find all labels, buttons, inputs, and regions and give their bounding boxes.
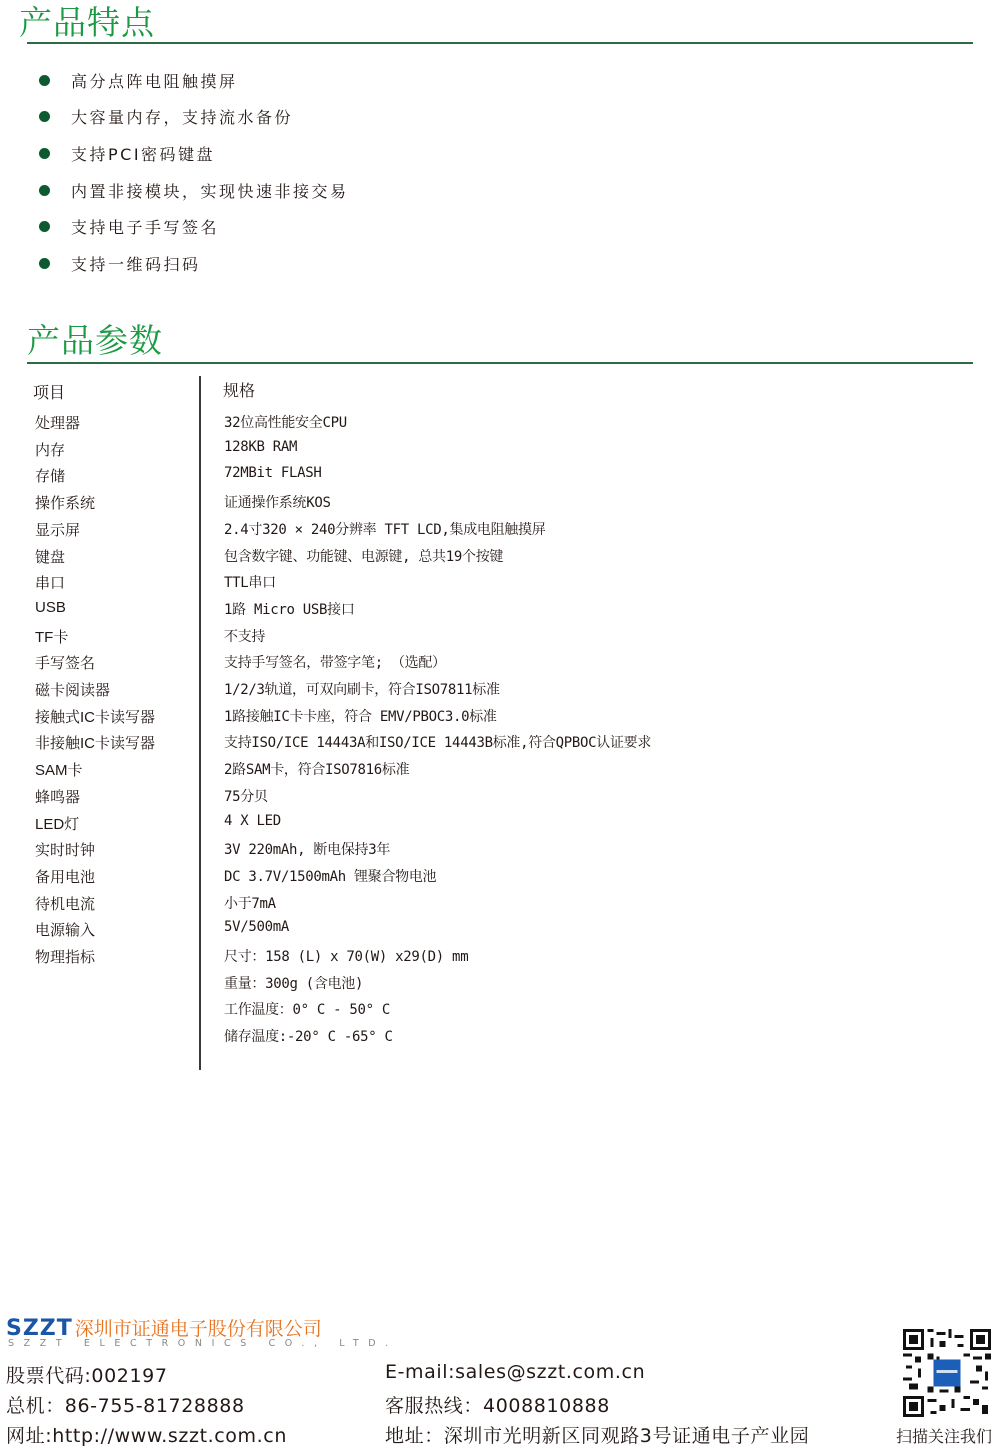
spec-item-value: 5V/500mA xyxy=(224,919,289,935)
bullet-icon xyxy=(39,75,50,86)
spec-item-value: 1路接触IC卡卡座，符合 EMV/PBOC3.0标准 xyxy=(224,706,497,726)
spec-item-value: 3V 220mAh, 断电保持3年 xyxy=(224,839,390,859)
bullet-icon xyxy=(39,221,50,232)
spec-column-divider xyxy=(199,376,201,1070)
company-logo: SZZT深圳市证通电子股份有限公司 xyxy=(6,1314,322,1341)
spec-item-value: 工作温度：0° C - 50° C xyxy=(224,999,390,1019)
spec-item-value: 128KB RAM xyxy=(224,439,297,455)
spec-item-value: 1路 Micro USB接口 xyxy=(224,599,355,619)
spec-item-label: 显示屏 xyxy=(35,519,80,540)
spec-item-label: 键盘 xyxy=(35,546,65,567)
spec-item-label: 操作系统 xyxy=(35,492,95,513)
spec-header-item: 项目 xyxy=(33,380,65,403)
spec-item-label: 备用电池 xyxy=(35,866,95,887)
switchboard-phone: 总机：86-755-81728888 xyxy=(6,1391,245,1418)
spec-item-label: 实时时钟 xyxy=(35,839,95,860)
spec-item-label: 手写签名 xyxy=(35,652,95,673)
spec-item-label: 电源输入 xyxy=(35,919,95,940)
spec-item-value: 4 X LED xyxy=(224,813,281,829)
feature-item: 支持PCI密码键盘 xyxy=(38,135,349,172)
feature-text: 支持PCI密码键盘 xyxy=(71,142,215,165)
specs-title-rule xyxy=(27,362,973,364)
spec-item-value: 2路SAM卡，符合ISO7816标准 xyxy=(224,759,409,779)
qr-caption: 扫描关注我们 xyxy=(896,1424,992,1447)
spec-item-label: 存储 xyxy=(35,465,65,486)
feature-text: 高分点阵电阻触摸屏 xyxy=(71,69,238,92)
spec-item-value: 75分贝 xyxy=(224,786,268,806)
spec-item-label: LED灯 xyxy=(35,813,79,834)
spec-item-label: SAM卡 xyxy=(35,759,83,780)
spec-item-label: USB xyxy=(35,599,66,616)
feature-text: 内置非接模块，实现快速非接交易 xyxy=(71,179,349,202)
address: 地址：深圳市光明新区同观路3号证通电子产业园 xyxy=(385,1421,809,1448)
qr-code-icon xyxy=(903,1329,991,1417)
hotline-phone: 客服热线：4008810888 xyxy=(385,1391,610,1418)
feature-item: 支持电子手写签名 xyxy=(38,208,349,245)
website-link[interactable]: 网址:http://www.szzt.com.cn xyxy=(6,1421,287,1448)
feature-text: 支持一维码扫码 xyxy=(71,252,201,275)
feature-text: 大容量内存，支持流水备份 xyxy=(71,105,293,128)
spec-item-label: 蜂鸣器 xyxy=(35,786,80,807)
feature-item: 高分点阵电阻触摸屏 xyxy=(38,62,349,99)
company-name-cn: 深圳市证通电子股份有限公司 xyxy=(75,1318,322,1340)
bullet-icon xyxy=(39,258,50,269)
feature-item: 内置非接模块，实现快速非接交易 xyxy=(38,172,349,209)
spec-item-label: 物理指标 xyxy=(35,946,95,967)
spec-item-value: 支持手写签名，带签字笔; （选配） xyxy=(224,652,446,672)
spec-item-label: 非接触IC卡读写器 xyxy=(35,732,155,753)
feature-item: 大容量内存，支持流水备份 xyxy=(38,99,349,136)
spec-header-spec: 规格 xyxy=(223,378,255,401)
spec-item-value: 证通操作系统KOS xyxy=(224,492,331,512)
bullet-icon xyxy=(39,148,50,159)
spec-item-value: 不支持 xyxy=(224,626,265,646)
features-title-rule xyxy=(27,42,973,44)
spec-item-value: 尺寸：158 (L) x 70(W) x29(D) mm xyxy=(224,946,468,966)
feature-item: 支持一维码扫码 xyxy=(38,245,349,282)
spec-item-value: 包含数字键、功能键、电源键, 总共19个按键 xyxy=(224,546,503,566)
spec-item-value: DC 3.7V/1500mAh 锂聚合物电池 xyxy=(224,866,436,886)
spec-item-value: 1/2/3轨道，可双向刷卡，符合ISO7811标准 xyxy=(224,679,500,699)
spec-item-value: 小于7mA xyxy=(224,893,276,913)
spec-item-value: 储存温度:-20° C -65° C xyxy=(224,1026,393,1046)
spec-item-value: 重量：300g (含电池) xyxy=(224,973,363,993)
spec-item-label: 磁卡阅读器 xyxy=(35,679,110,700)
stock-code: 股票代码:002197 xyxy=(6,1361,168,1388)
spec-item-label: 串口 xyxy=(35,572,65,593)
spec-item-value: TTL串口 xyxy=(224,572,276,592)
bullet-icon xyxy=(39,185,50,196)
spec-item-value: 32位高性能安全CPU xyxy=(224,412,347,432)
email-link[interactable]: E-mail:sales@szzt.com.cn xyxy=(385,1361,645,1383)
spec-item-label: TF卡 xyxy=(35,626,68,647)
bullet-icon xyxy=(39,111,50,122)
spec-item-value: 72MBit FLASH xyxy=(224,465,322,481)
spec-item-value: 支持ISO/ICE 14443A和ISO/ICE 14443B标准,符合QPBO… xyxy=(224,732,651,752)
spec-item-label: 接触式IC卡读写器 xyxy=(35,706,155,727)
features-title: 产品特点 xyxy=(19,6,155,39)
spec-item-value: 2.4寸320 × 240分辨率 TFT LCD,集成电阻触摸屏 xyxy=(224,519,545,539)
spec-item-label: 内存 xyxy=(35,439,65,460)
spec-item-label: 处理器 xyxy=(35,412,80,433)
feature-list: 高分点阵电阻触摸屏 大容量内存，支持流水备份 支持PCI密码键盘 内置非接模块，… xyxy=(38,62,349,282)
specs-title: 产品参数 xyxy=(27,324,163,357)
company-name-en: SZZT ELECTRONICS CO., LTD. xyxy=(8,1338,398,1349)
feature-text: 支持电子手写签名 xyxy=(71,215,219,238)
spec-item-label: 待机电流 xyxy=(35,893,95,914)
